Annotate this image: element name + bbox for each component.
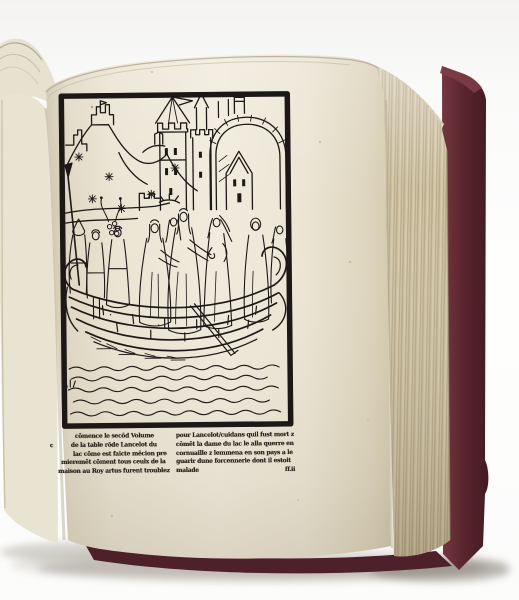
caption-line: maison au Roy artus furent troublez: [57, 467, 169, 477]
caption-left-column: c cōmence le secōd Volume de la table rō…: [57, 432, 169, 477]
caption-right-column: pour Lancelot/cuidans quil fust mort z c…: [176, 431, 295, 476]
guide-letter: c: [50, 442, 53, 451]
woodcut-illustration: [58, 91, 294, 429]
book-photograph: c cōmence le secōd Volume de la table rō…: [0, 0, 519, 600]
caption-last-word: malade: [176, 467, 199, 476]
signature-mark: ff.ii: [285, 466, 295, 475]
flower: [100, 197, 121, 236]
caption-line: de la table rōde Lancelot du: [57, 441, 169, 451]
woodcut-castle: [138, 93, 286, 211]
woodcut-hill-landscape: [64, 100, 198, 285]
woodcut-figures: [68, 208, 288, 335]
caption-line: guarir dune forcennerie dont il estoit: [176, 457, 295, 467]
spear: [68, 177, 79, 285]
woodcut-frame: [61, 94, 290, 426]
caption-last-line: malade ff.ii: [176, 466, 295, 476]
caption-text: c cōmence le secōd Volume de la table rō…: [57, 431, 295, 477]
